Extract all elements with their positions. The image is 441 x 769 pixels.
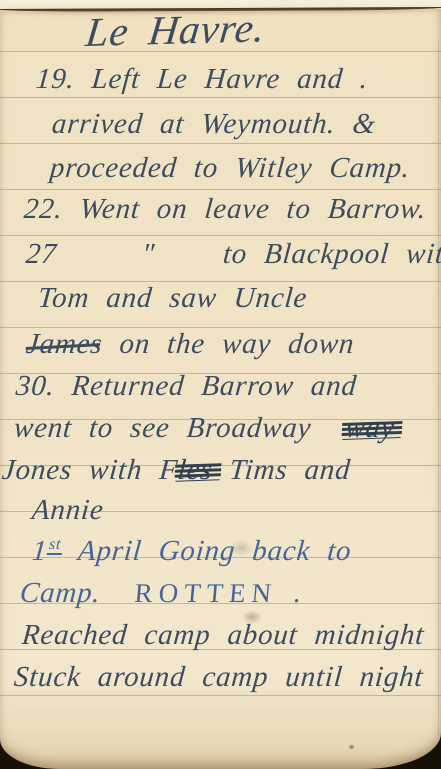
diary-line-22-leave-barrow: 22. Went on leave to Barrow.	[23, 194, 428, 226]
diary-line-19-left-le-havre: 19. Left Le Havre and .	[35, 64, 370, 96]
line-text: .	[276, 577, 304, 609]
line-text: Camp.	[19, 577, 136, 609]
notebook-page: Le Havre. 19. Left Le Havre and . arrive…	[0, 0, 441, 769]
struck-word-james: James	[25, 328, 104, 360]
line-text: Tims and	[211, 454, 352, 486]
diary-line-camp-rotten: Camp. ROTTEN .	[19, 578, 304, 610]
diary-line-james-way-down: James on the way down	[25, 329, 356, 361]
page-right-edge	[438, 40, 439, 735]
line-text: April Going back to	[60, 535, 353, 567]
diary-line-tom-uncle: Tom and saw Uncle	[37, 283, 309, 315]
line-text: on the way down	[101, 328, 356, 360]
diary-line-annie: Annie	[31, 495, 105, 527]
diary-line-proceeded-witley: proceeded to Witley Camp.	[49, 153, 412, 185]
diary-line-arrived-weymouth: arrived at Weymouth. &	[51, 109, 378, 141]
diary-line-reached-camp: Reached camp about midnight	[21, 620, 426, 652]
diary-line-broadway: went to see Broadway way	[13, 413, 396, 445]
diary-line-30-returned-barrow: 30. Returned Barrow and	[15, 371, 359, 403]
emphasized-word-rotten: ROTTEN	[133, 578, 278, 608]
line-text: went to see Broadway	[13, 412, 347, 444]
diary-line-stuck-around: Stuck around camp until night	[13, 662, 425, 694]
diary-line-1st-april: 1st April Going back to	[31, 536, 353, 568]
diary-line-27-blackpool: 27 " to Blackpool with	[25, 239, 441, 271]
diary-line-jones-tims: Jones with Fles Tims and	[1, 455, 352, 487]
page-heading: Le Havre.	[83, 5, 267, 55]
paper-stain	[348, 744, 355, 750]
scribbled-out-word: way	[344, 412, 396, 444]
line-text: Jones with F	[1, 454, 180, 486]
scribbled-out-word: les	[176, 454, 213, 486]
